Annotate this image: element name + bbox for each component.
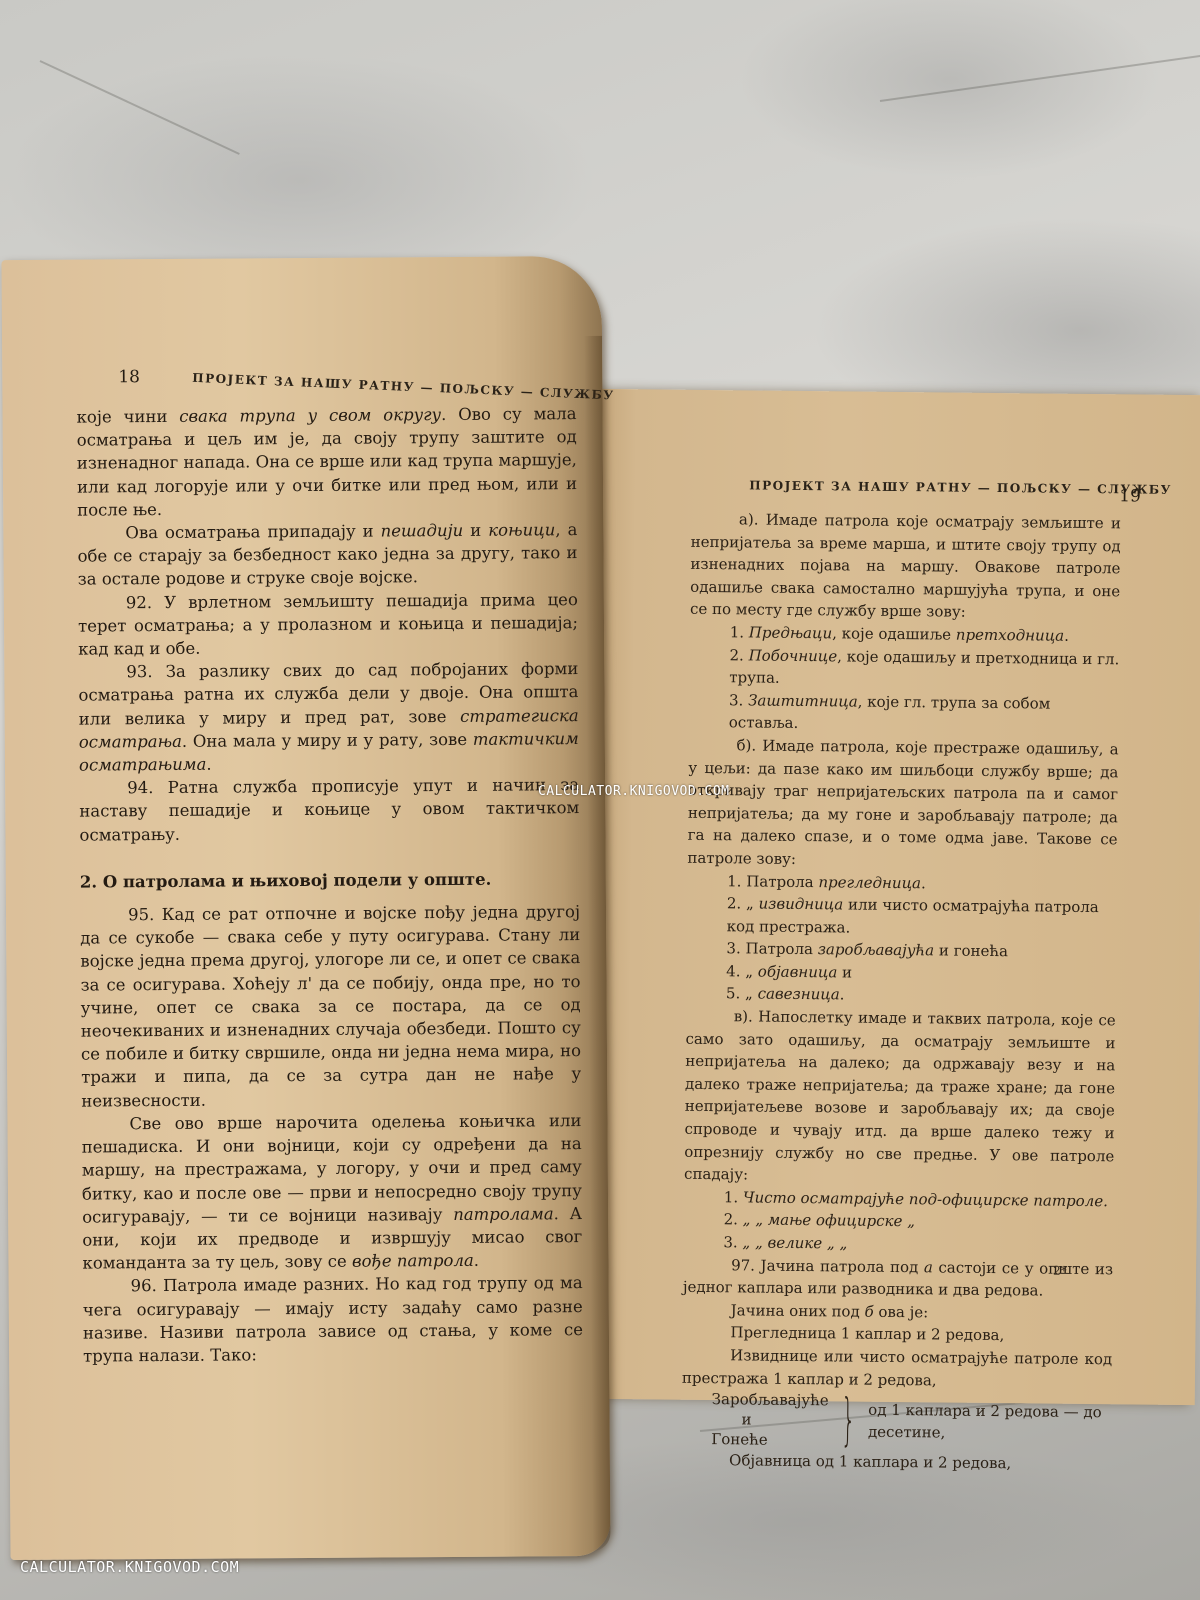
brace-group: Заробљавајуће и Гонеће } од 1 каплара и … bbox=[681, 1389, 1112, 1453]
running-head-right: ПРОЈЕКТ ЗА НАШУ РАТНУ — ПОЉСКУ — СЛУЖБУ bbox=[749, 478, 1172, 496]
paragraph-93: 93. За разлику свих до сад побројаних фо… bbox=[78, 657, 579, 777]
paragraph-v: в). Напослетку имаде и таквих патрола, к… bbox=[684, 1005, 1116, 1190]
marble-vein bbox=[40, 60, 240, 155]
page-number-right: 19 bbox=[1119, 486, 1141, 506]
brace-mid: и bbox=[711, 1409, 828, 1430]
section-heading: 2. О патролама и њиховој подели у опште. bbox=[80, 867, 580, 894]
paragraph-91b: Ова осматрања припадају и пешадији и коњ… bbox=[77, 518, 577, 591]
paragraph-96: 96. Патрола имаде разних. Но кад год тру… bbox=[83, 1271, 584, 1367]
paragraph-95: 95. Кад се рат отпочне и војске пођу јед… bbox=[80, 900, 581, 1112]
paragraph-92: 92. У врлетном земљишту пешадија прима ц… bbox=[78, 588, 578, 661]
page-number-left: 18 bbox=[118, 367, 140, 387]
paragraph-a: а). Имаде патрола које осматрају земљишт… bbox=[690, 508, 1121, 625]
list-b: 1. Патрола прегледница. 2. „ извидница и… bbox=[686, 869, 1117, 1009]
paragraph-b: б). Имаде патрола, које престраже одашиљ… bbox=[687, 734, 1118, 874]
paragraph-97: 97. Јачина патрола под а састоји се у оп… bbox=[683, 1253, 1113, 1303]
paragraph-94: 94. Ратна служба прописује упут и начин … bbox=[79, 773, 579, 846]
list-item: 2. „ извидница или чисто осматрајућа пат… bbox=[727, 892, 1117, 941]
paragraph-sve: Све ово врше нарочита оделења коњичка ил… bbox=[81, 1109, 582, 1275]
left-page: 18 ПРОЈЕКТ ЗА НАШУ РАТНУ — ПОЉСКУ — СЛУЖ… bbox=[1, 256, 610, 1560]
list-item: 3. Заштитница, које гл. трупа за собом о… bbox=[729, 689, 1119, 738]
paragraph-continued: које чини свака трупа у свом округу. Ово… bbox=[76, 402, 577, 522]
marble-vein bbox=[880, 54, 1200, 102]
strength-izvid: Извиднице или чисто осматрајуће патроле … bbox=[682, 1344, 1112, 1394]
brace-text: од 1 каплара и 2 редова — до десетине, bbox=[868, 1398, 1112, 1446]
strength-objav: Објавница од 1 каплара и 2 редова, bbox=[681, 1449, 1111, 1476]
brace-icon: } bbox=[841, 1393, 856, 1449]
left-page-body: које чини свака трупа у свом округу. Ово… bbox=[76, 402, 583, 1368]
watermark-bottom-left: CALCULATOR.KNIGOVOD.COM bbox=[20, 1558, 239, 1576]
list-v: 1. Чисто осматрајуће под-официрске патро… bbox=[683, 1186, 1114, 1258]
signature-mark: 2* bbox=[1053, 1264, 1067, 1278]
watermark-center: CALCULATOR.KNIGOVOD.COM bbox=[538, 784, 730, 799]
list-a: 1. Предњаци, које одашиље претходница. 2… bbox=[689, 621, 1120, 738]
list-item: 2. Побочнице, које одашиљу и претходница… bbox=[729, 644, 1119, 693]
right-page: ПРОЈЕКТ ЗА НАШУ РАТНУ — ПОЉСКУ — СЛУЖБУ … bbox=[590, 389, 1200, 1405]
brace-bottom: Гонеће bbox=[711, 1429, 828, 1450]
brace-top: Заробљавајуће bbox=[712, 1389, 829, 1410]
running-head-left: ПРОЈЕКТ ЗА НАШУ РАТНУ — ПОЉСКУ — СЛУЖБУ bbox=[192, 371, 615, 403]
right-page-body: а). Имаде патрола које осматрају земљишт… bbox=[681, 508, 1121, 1476]
